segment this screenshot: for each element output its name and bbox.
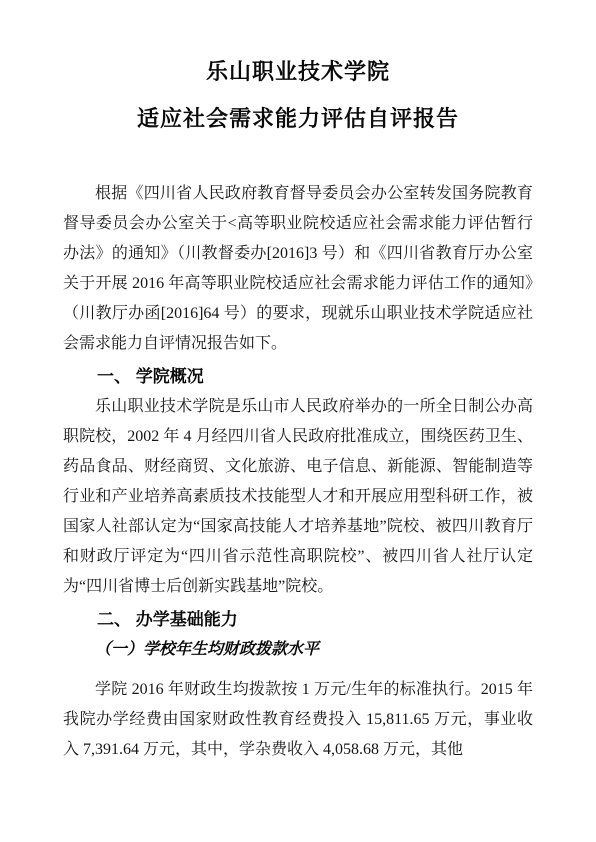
section-heading-basic-capacity: 二、 办学基础能力	[63, 605, 533, 635]
document-page: 乐山职业技术学院 适应社会需求能力评估自评报告 根据《四川省人民政府教育督导委员…	[0, 0, 596, 842]
paragraph-college-overview: 乐山职业技术学院是乐山市人民政府举办的一所全日制公办高职院校，2002 年 4 …	[63, 392, 533, 602]
doc-title-line1: 乐山职业技术学院	[63, 58, 533, 86]
subsection-heading-per-student-funding: （一）学校年生均财政拨款水平	[63, 635, 533, 665]
paragraph-funding: 学院 2016 年财政生均拨款按 1 万元/生年的标准执行。2015 年我院办学…	[63, 675, 533, 765]
paragraph-intro: 根据《四川省人民政府教育督导委员会办公室转发国务院教育督导委员会办公室关于<高等…	[63, 179, 533, 359]
section-heading-college-overview: 一、 学院概况	[63, 362, 533, 392]
document-content: 乐山职业技术学院 适应社会需求能力评估自评报告 根据《四川省人民政府教育督导委员…	[63, 58, 533, 765]
doc-title-line2: 适应社会需求能力评估自评报告	[63, 105, 533, 133]
